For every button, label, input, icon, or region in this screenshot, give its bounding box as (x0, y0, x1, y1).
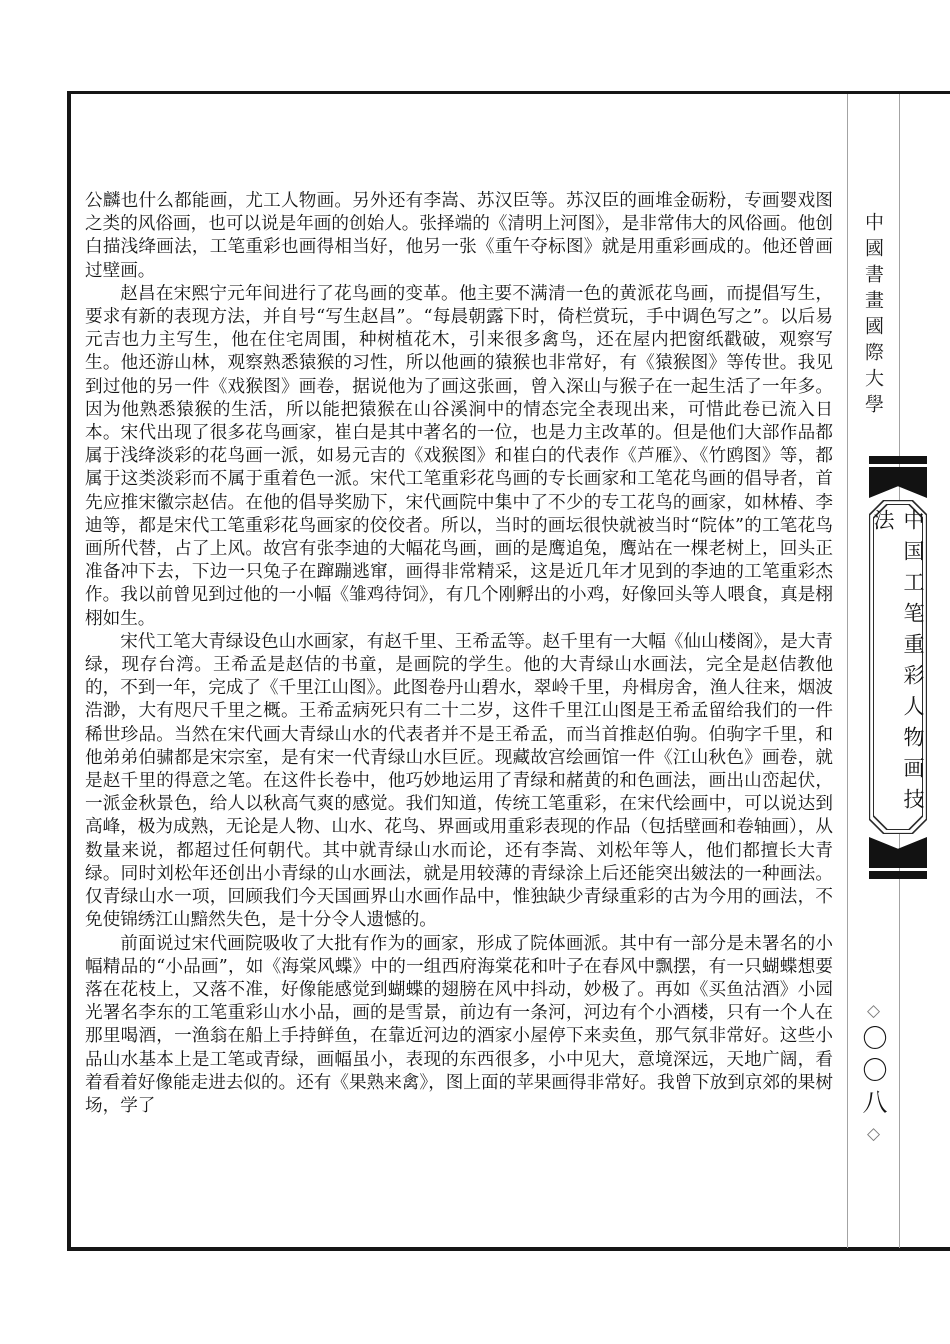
diamond-ornament-icon: ◇ (867, 1126, 880, 1143)
ornament-top-bar (869, 456, 927, 464)
body-text-block: 公麟也什么都能画，尤工人物画。另外还有李嵩、苏汉臣等。苏汉臣的画堆金砺粉，专画婴… (85, 190, 833, 1118)
title-cartouche: 中国工笔重彩人物画技法 (869, 500, 927, 834)
body-text-paragraph: 公麟也什么都能画，尤工人物画。另外还有李嵩、苏汉臣等。苏汉臣的画堆金砺粉，专画婴… (85, 190, 833, 283)
diamond-ornament-icon: ◇ (867, 1003, 880, 1020)
body-text-paragraph: 前面说过宋代画院吸收了大批有作为的画家，形成了院体画派。其中有一部分是未署名的小… (85, 933, 833, 1119)
spine-ornament: 中国工笔重彩人物画技法 (869, 456, 927, 879)
book-spine-title: 中国工笔重彩人物画技法 (869, 500, 927, 834)
institution-vertical-title: 中國書畫國際大學 (848, 212, 899, 420)
page-number-block: ◇ 〇〇八 ◇ (848, 1003, 899, 1143)
ribbon-banner-bottom (869, 837, 927, 868)
ribbon-banner-top (869, 467, 927, 498)
ornament-bottom-bar (869, 871, 927, 879)
body-text-paragraph: 宋代工笔大青绿设色山水画家，有赵千里、王希孟等。赵千里有一大幅《仙山楼阁》，是大… (85, 631, 833, 933)
body-text-paragraph: 赵昌在宋熙宁元年间进行了花鸟画的变革。他主要不满清一色的黄派花鸟画，而提倡写生，… (85, 283, 833, 631)
page-number: 〇〇八 (861, 1025, 886, 1121)
